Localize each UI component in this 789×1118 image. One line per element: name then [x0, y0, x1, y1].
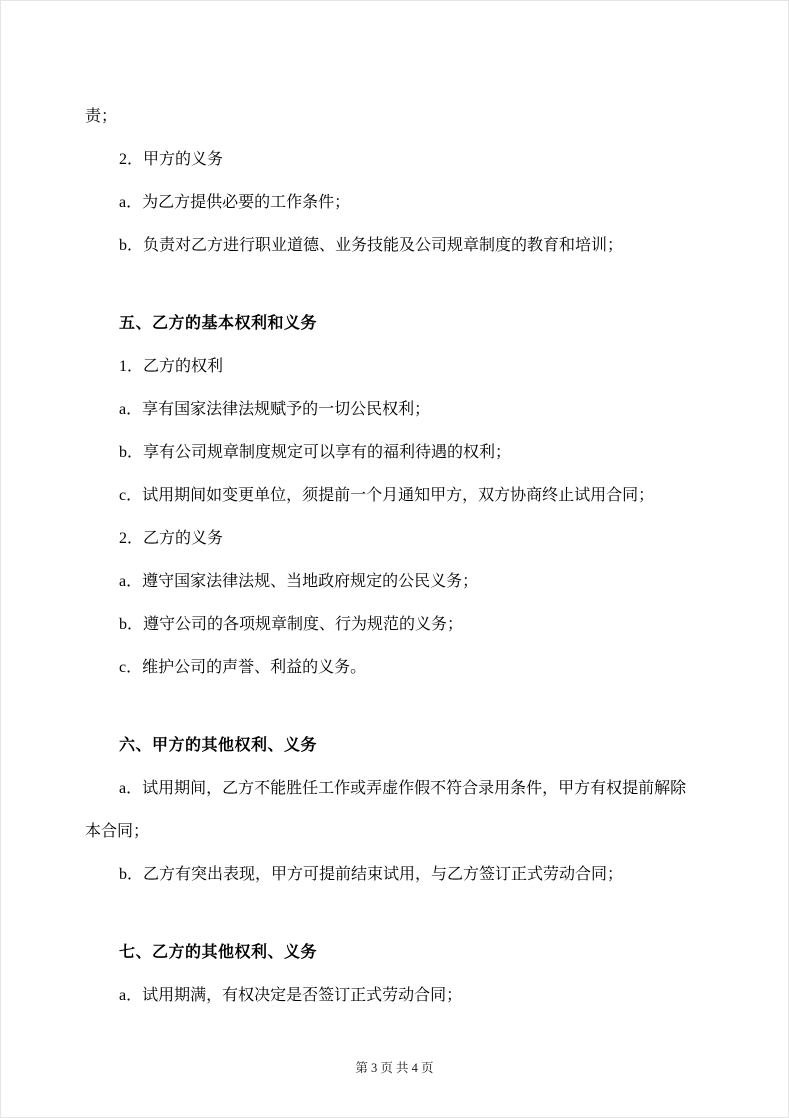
paragraph-line: c．维护公司的声誉、利益的义务。 — [85, 646, 704, 689]
paragraph-line: b．享有公司规章制度规定可以享有的福利待遇的权利； — [85, 431, 704, 474]
section-heading: 六、甲方的其他权利、义务 — [85, 724, 704, 767]
paragraph-line: b．负责对乙方进行职业道德、业务技能及公司规章制度的教育和培训； — [85, 224, 704, 267]
paragraph-line: b．遵守公司的各项规章制度、行为规范的义务； — [85, 603, 704, 646]
document-body: 责；2．甲方的义务a．为乙方提供必要的工作条件；b．负责对乙方进行职业道德、业务… — [85, 1, 704, 1017]
paragraph-line: b．乙方有突出表现，甲方可提前结束试用，与乙方签订正式劳动合同； — [85, 853, 704, 896]
paragraph-line: 1．乙方的权利 — [85, 345, 704, 388]
contract-document-page: 责；2．甲方的义务a．为乙方提供必要的工作条件；b．负责对乙方进行职业道德、业务… — [0, 0, 789, 1118]
section-heading: 五、乙方的基本权利和义务 — [85, 302, 704, 345]
paragraph-line: 本合同； — [85, 810, 704, 853]
paragraph-line: 2．甲方的义务 — [85, 138, 704, 181]
paragraph-line: a．为乙方提供必要的工作条件； — [85, 181, 704, 224]
paragraph-line: a．享有国家法律法规赋予的一切公民权利； — [85, 388, 704, 431]
paragraph-line: 2．乙方的义务 — [85, 517, 704, 560]
page-footer: 第 3 页 共 4 页 — [1, 1058, 788, 1078]
paragraph-line: c．试用期间如变更单位，须提前一个月通知甲方，双方协商终止试用合同； — [85, 474, 704, 517]
paragraph-line: a．试用期间，乙方不能胜任工作或弄虚作假不符合录用条件，甲方有权提前解除 — [85, 767, 704, 810]
section-heading: 七、乙方的其他权利、义务 — [85, 931, 704, 974]
paragraph-line: 责； — [85, 95, 704, 138]
paragraph-line: a．试用期满，有权决定是否签订正式劳动合同； — [85, 974, 704, 1017]
paragraph-line: a．遵守国家法律法规、当地政府规定的公民义务； — [85, 560, 704, 603]
page-number: 第 3 页 共 4 页 — [355, 1061, 433, 1075]
